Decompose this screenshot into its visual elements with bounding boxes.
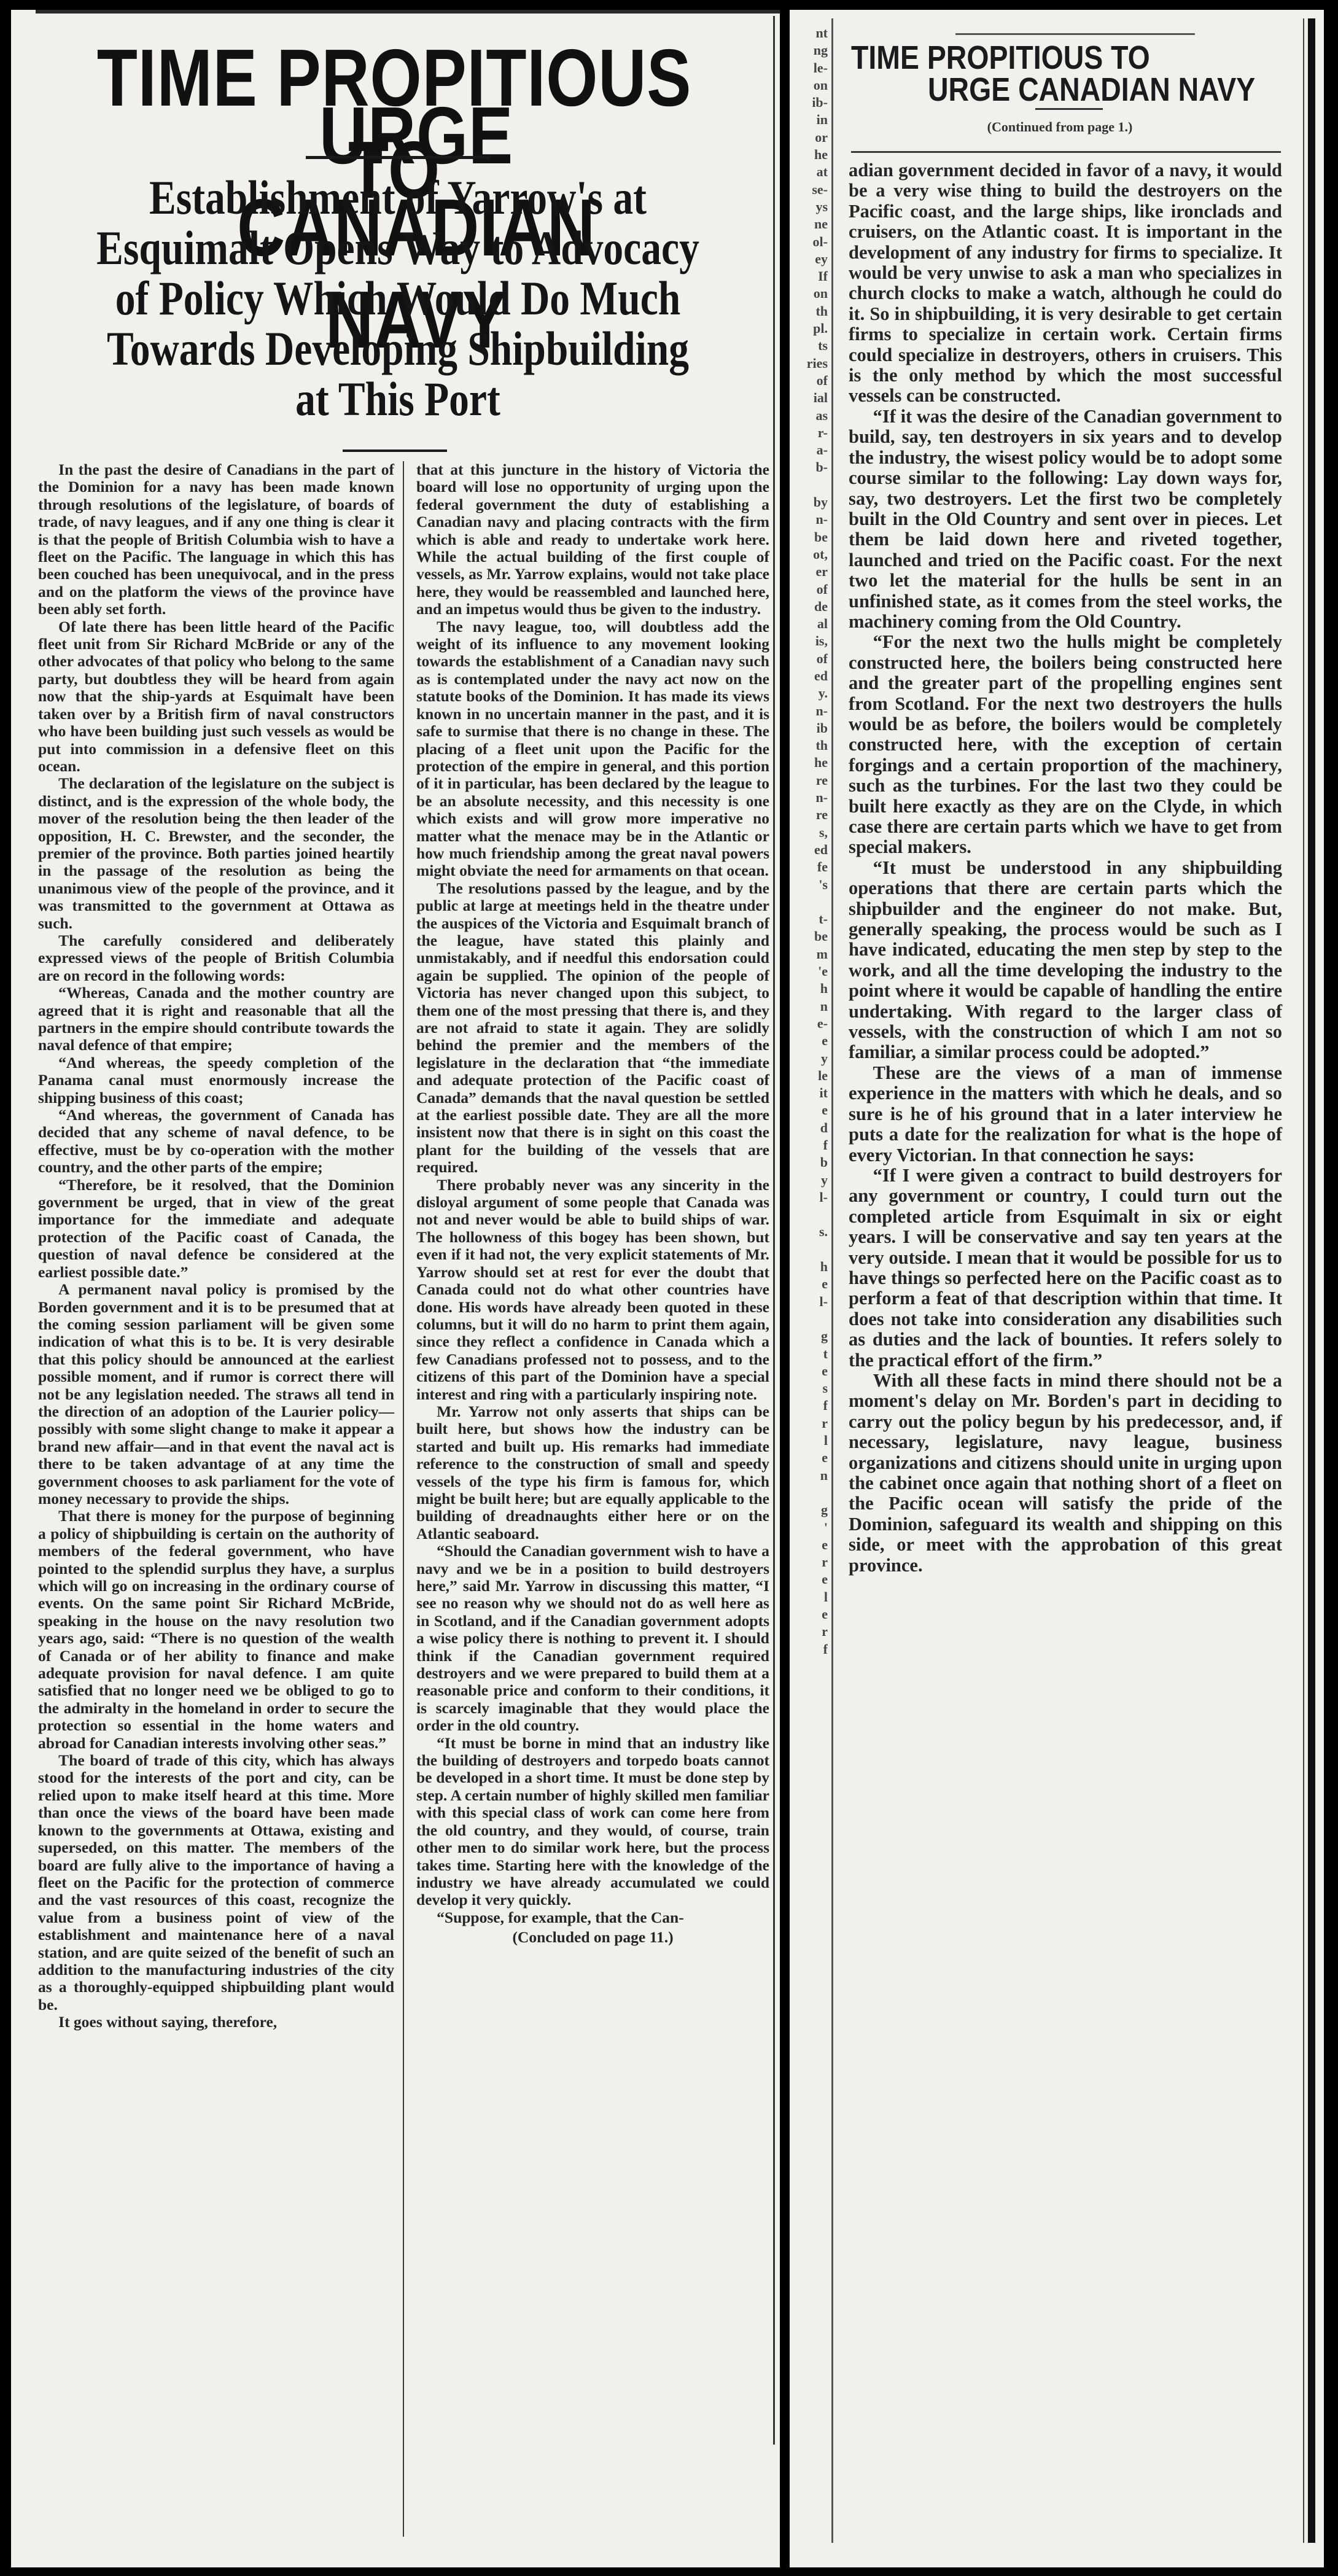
fragment-text: ot, [790,546,828,563]
fragment-text: a- [790,442,828,459]
paragraph: “Suppose, for example, that the Can- [416,1909,769,1926]
paragraph: “If I were given a contract to build des… [849,1165,1282,1371]
fragment-text: f [790,1137,828,1154]
fragment-text [790,893,828,911]
fragment-text: e [790,1363,828,1380]
fragment-text: be [790,928,828,945]
fragment-text: le [790,1067,828,1084]
quoted-resolution: “Whereas, Canada and the mother country … [38,984,394,1054]
section-rule [851,151,1281,153]
fragment-text: ys [790,198,828,216]
paragraph: Mr. Yarrow not only asserts that ships c… [416,1403,769,1543]
fragment-text: it [790,1084,828,1102]
fragment-text: in [790,111,828,128]
fragment-text: as [790,407,828,424]
fragment-text: b- [790,459,828,476]
fragment-text: th [790,303,828,320]
headline-rule [306,156,490,159]
fragment-text: ol- [790,233,828,251]
fragment-text: ne [790,216,828,233]
quoted-resolution: “Therefore, be it resolved, that the Dom… [38,1177,394,1281]
fragment-text: ed [790,841,828,858]
fragment-text: l- [790,1293,828,1310]
fragment-text: th [790,737,828,754]
fragment-text: t- [790,911,828,928]
paragraph: “For the next two the hulls might be com… [849,632,1282,857]
fragment-text: e [790,1275,828,1293]
fragment-text: n- [790,702,828,720]
paragraph: In the past the desire of Canadians in t… [38,461,394,618]
paragraph: “If it was the desire of the Canadian go… [849,407,1282,632]
fragment-text: e [790,1536,828,1554]
fragment-text: or [790,129,828,146]
fragment-text: d [790,1119,828,1137]
fragment-text: y [790,1172,828,1189]
paragraph: That there is money for the purpose of b… [38,1508,394,1752]
continuation-clipping: ntngle-onib-inorheatse-ysneol-eyIfonthpl… [790,10,1324,2567]
fragment-text: ib- [790,94,828,111]
paragraph: The resolutions passed by the league, an… [416,880,769,1177]
fragment-text: fe [790,858,828,876]
fragment-text: y. [790,685,828,702]
top-rule [955,33,1195,35]
subheadline-deck: Establishment of Yarrow's at Esquimalt O… [93,173,702,424]
front-page-clipping: TIME PROPITIOUS TO URGE CANADIAN NAVY Es… [11,10,780,2567]
fragment-text: e [790,1032,828,1049]
continued-headline-line-2: URGE CANADIAN NAVY [928,71,1255,108]
fragment-text: n [790,998,828,1015]
fragment-text: er [790,563,828,580]
paragraph: Of late there has been little heard of t… [38,618,394,776]
fragment-text [790,1484,828,1501]
fragment-text: ial [790,389,828,407]
fragment-text: ries [790,355,828,372]
paragraph: A permanent naval policy is promised by … [38,1281,394,1508]
fragment-text: de [790,598,828,615]
fragment-text: l [790,1589,828,1606]
fragment-text: ts [790,337,828,354]
fragment-text: se- [790,181,828,198]
headline-rule [1035,108,1103,110]
column-border [1303,18,1304,2543]
paragraph: With all these facts in mind there shoul… [849,1371,1282,1576]
fragment-text: al [790,615,828,632]
fragment-text: he [790,146,828,163]
article-column-2: that at this juncture in the history of … [416,461,769,1947]
paragraph: The navy league, too, will doubtless add… [416,618,769,880]
page-border [1308,18,1315,2543]
fragment-text: m [790,946,828,963]
continued-headline-line-1: TIME PROPITIOUS TO [851,39,1150,76]
fragment-text: y [790,1050,828,1067]
fragment-text: pl. [790,320,828,337]
fragment-text: of [790,372,828,389]
paragraph: These are the views of a man of immense … [849,1063,1282,1165]
fragment-text: e [790,1449,828,1466]
fragment-text: re [790,772,828,789]
fragment-text [790,1206,828,1223]
fragment-text: on [790,285,828,302]
paragraph: “It must be understood in any shipbuildi… [849,858,1282,1063]
fragment-text: ed [790,667,828,685]
fragment-text: l- [790,1189,828,1206]
column-divider [831,18,833,2543]
fragment-text: b [790,1154,828,1171]
fragment-text: of [790,581,828,598]
fragment-text: l [790,1432,828,1449]
fragment-text: s [790,1380,828,1397]
quoted-resolution: “And whereas, the government of Canada h… [38,1107,394,1177]
fragment-text: s. [790,1223,828,1240]
column-divider [403,461,404,2537]
fragment-text: at [790,163,828,181]
fragment-text: 'e [790,963,828,980]
deck-rule [343,449,447,452]
fragment-text: e [790,1102,828,1119]
fragment-text: f [790,1641,828,1658]
fragment-text: 's [790,876,828,893]
fragment-text: le- [790,60,828,77]
fragment-text: n- [790,789,828,806]
paragraph: The carefully considered and deliberatel… [38,932,394,984]
fragment-text: nt [790,25,828,42]
jump-line: (Concluded on page 11.) [416,1929,769,1946]
fragment-text: ey [790,251,828,268]
fragment-text: ib [790,720,828,737]
paragraph: It goes without saying, therefore, [38,2014,394,2031]
continued-article-column: adian government decided in favor of a n… [849,160,1282,1576]
fragment-text: n [790,1467,828,1484]
fragment-text: e [790,1606,828,1623]
paragraph: The board of trade of this city, which h… [38,1752,394,2014]
fragment-text: re [790,806,828,823]
paragraph: that at this juncture in the history of … [416,461,769,618]
fragment-text: on [790,77,828,94]
fragment-text: is, [790,632,828,650]
continued-from-note: (Continued from page 1.) [851,119,1269,135]
paragraph: “It must be borne in mind that an indust… [416,1735,769,1909]
fragment-text: e- [790,1015,828,1032]
paragraph: There probably never was any sincerity i… [416,1177,769,1403]
fragment-text: be [790,529,828,546]
fragment-text: r [790,1554,828,1571]
fragment-text: g [790,1328,828,1345]
fragment-text: h [790,980,828,997]
fragment-text: t [790,1345,828,1363]
fragment-text: ' [790,1519,828,1536]
fragment-text: If [790,268,828,285]
fragment-text: n- [790,511,828,528]
fragment-text: h [790,1258,828,1275]
paragraph: The declaration of the legislature on th… [38,775,394,932]
adjacent-article-fragments: ntngle-onib-inorheatse-ysneol-eyIfonthpl… [790,10,828,2567]
fragment-text: r [790,1623,828,1640]
column-border [773,16,775,2445]
fragment-text: s, [790,824,828,841]
fragment-text: he [790,754,828,771]
fragment-text: g [790,1501,828,1519]
fragment-text: by [790,494,828,511]
fragment-text [790,477,828,494]
fragment-text: f [790,1397,828,1414]
fragment-text: r [790,1415,828,1432]
fragment-text: e [790,1571,828,1588]
top-rule [36,10,780,14]
article-column-1: In the past the desire of Canadians in t… [38,461,394,2031]
fragment-text [790,1241,828,1258]
fragment-text: ng [790,42,828,59]
fragment-text [790,1310,828,1328]
fragment-text: of [790,650,828,667]
quoted-resolution: “And whereas, the speedy completion of t… [38,1054,394,1107]
paragraph: “Should the Canadian government wish to … [416,1543,769,1734]
fragment-text: r- [790,424,828,442]
paragraph: adian government decided in favor of a n… [849,160,1282,407]
